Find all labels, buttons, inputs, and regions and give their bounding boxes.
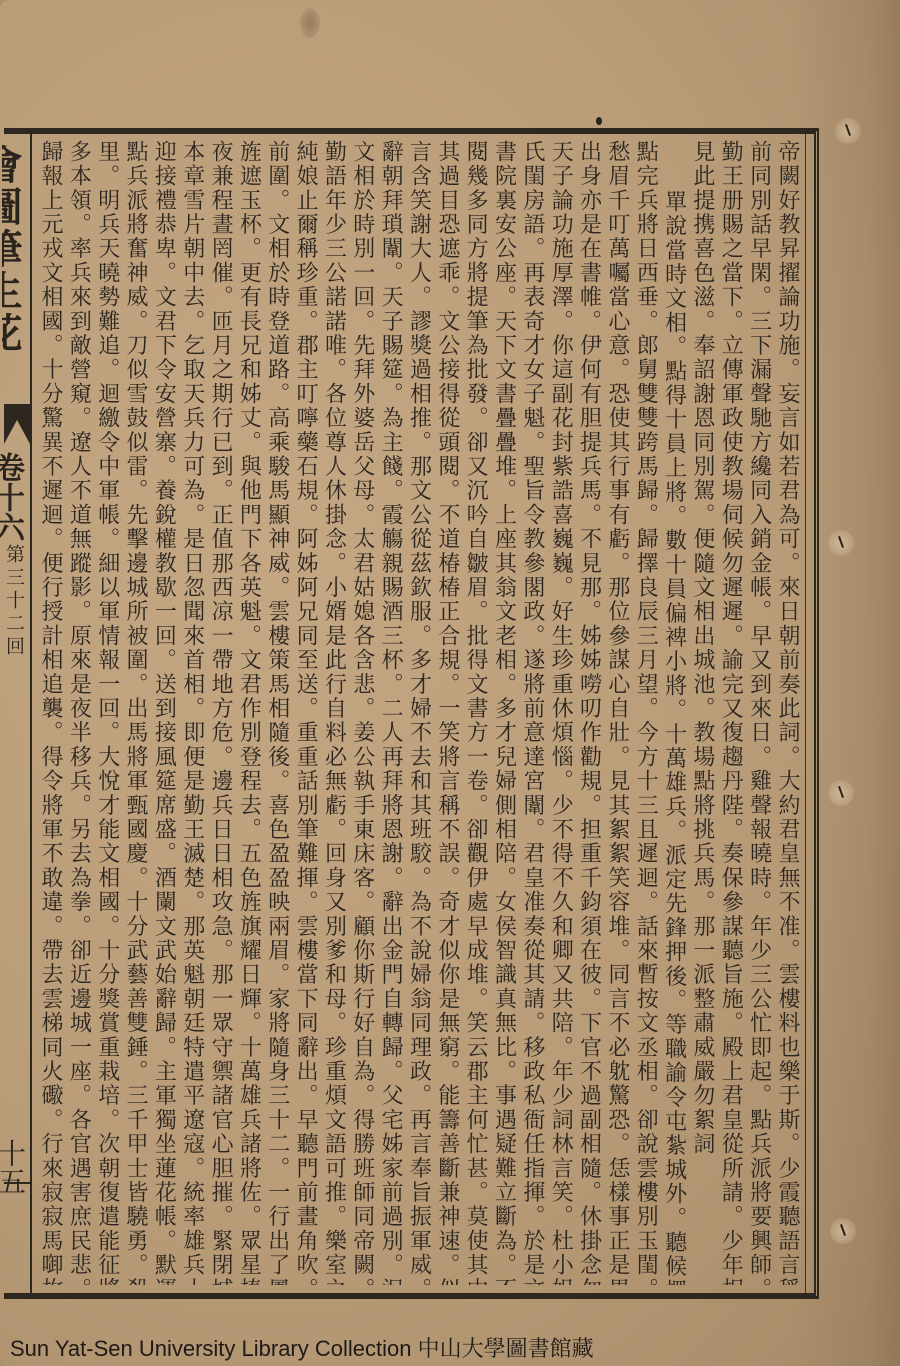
margin-strip: 會圖筆生花 卷十六 第三十二回 十五: [4, 134, 32, 1293]
text-column: 多本領。率兵來到敵營窺。遼人不道無蹤影。原來是夜半移兵。另去為拳。卻近邊城一座。…: [66, 140, 91, 1285]
paper-damage: [828, 530, 854, 556]
text-column: 點完兵將日西垂。郎舅雙雙跨馬歸。歸擇良辰三月望。今方十三且遲迴。話來暫按文丞相。…: [633, 140, 658, 1285]
text-column: 言含笑謝大人。謬獎過相推。那文公從茲欽服。多才婦不去和其班駮。為不說婦翁同理政。…: [406, 140, 431, 1285]
text-frame: 會圖筆生花 卷十六 第三十二回 十五 帝闕好教昇擢論功施。妄言如若君為可。來日朝…: [4, 128, 819, 1299]
text-column: 愁眉千叮萬囑當心意。恐使其行事有虧。那位參謀心自壯。見其絮絮笑容堆。同言不必躭驚…: [605, 140, 630, 1285]
paper-damage: [835, 118, 861, 144]
chapter-label: 第三十二回: [6, 544, 28, 659]
paper-damage: [828, 780, 854, 806]
text-column: 勤語年少三公諾諾唯。各位尊人休掛念。小婿是此行自料必無虧。回身又別爹和母。珍重煩…: [321, 140, 346, 1285]
paper-damage: [830, 1218, 856, 1244]
stain-mark: [300, 8, 320, 38]
text-column: 前同別話早閑。三下漏聲馳方纔同入銷金帳。早又到來日。雞聲報曉時。年少三公忙即起。…: [747, 140, 772, 1285]
text-column: 單說當時文相。點得十員上將。數十員偏裨小將。十萬雄兵。派定先鋒押後。等職諭令屯紮…: [662, 140, 687, 1285]
text-column: 其過目恐遮乖。文公接得從頭閱。不道椿椿正合規。一笑將言稱不誤。奇才似你是無窮。能…: [435, 140, 460, 1285]
text-column: 辭朝拜瑣闈。天子賜筵。為主餞。霞觴親賜酒三杯。二人再拜將恩謝。辭出金門自轉歸。父…: [378, 140, 403, 1285]
text-column: 出身亦是在書帷。伊何有胆提兵馬。不見那。姊姊嘮叨作勸規。担重千鈞須在彼。下官不過…: [577, 140, 602, 1285]
text-column: 旌遮玉杯。更有長兄和姊丈。與他門下各英魁。文君作別登程去。五色旌旗耀日輝。十萬雄…: [236, 140, 261, 1285]
scanned-page: 會圖筆生花 卷十六 第三十二回 十五 帝闕好教昇擢論功施。妄言如若君為可。來日朝…: [0, 0, 900, 1366]
margin-divider: [4, 1182, 30, 1184]
book-title: 會圖筆生花: [2, 144, 28, 399]
text-column: 文相於時別一回。先拜外婆岳父母。太君姑媳各含悲。姜公執手東床客。顧你斯行好自為。…: [350, 140, 375, 1285]
fish-tail-mark: [4, 404, 30, 444]
text-column: 夜兼程晝罔催。匝月之期行已到。正值那西凉一帶地方危。邊兵日日相攻急。那一眾守禦諸…: [208, 140, 233, 1285]
text-column: 點兵派將奮神威。刀似雪鼓似雷。先擊邊城所被圍。出馬將軍甄國慶。十分武藝善雙錘。三…: [123, 140, 148, 1285]
text-column: 見此提携喜色滋。奉詔謝恩同別駕。便隨文相出城池。教場點將挑兵馬。那一派整肅威嚴勿…: [690, 140, 715, 1285]
text-column: 天子論功施厚澤。你這副花封紫誥喜巍巍。好生珍重休煩惱。少不得不久和卿又共陪。年少…: [548, 140, 573, 1285]
text-column: 歸報上元戎文相國。十分驚異不遲迴。便行授計相追襲。得令將軍不敢違。帶去雲梯同火礮…: [38, 140, 63, 1285]
text-column: 迎接禮恭卑。文君下令安營寨。養銳權教歇一回。送到接風筵席盛。酒闌文武始辭歸。主軍…: [151, 140, 176, 1285]
text-column: 勤王册賜之當下。立傳軍政使教場伺候勿遲遲。諭完又復趨丹陛。奏保參謀聽旨施。殿上君…: [718, 140, 743, 1285]
text-column: 前圍。文相於時登道路。高乘駿馬顯神威。雲樓策馬相隨後。喜色盈盈映兩眉。家將隨身三…: [265, 140, 290, 1285]
text-body: 帝闕好教昇擢論功施。妄言如若君為可。來日朝前奏此詞。大約君皇無不准。雲樓料也樂于…: [38, 140, 800, 1285]
text-column: 氏閨房語。再表奇才女子魁。聖旨令教參閣政。遂將前意達宮闈。君皇准奏從其請。移政私…: [520, 140, 545, 1285]
text-column: 書院裏安公座。天下文書疊疊堆。上座其翁文老相。多才兒婦側相陪。女侯智識真無比。事…: [492, 140, 517, 1285]
text-column: 閱幾多同方將提筆為批發。卻又沉吟自皺眉。批得文書方一卷。卻觀伊處早成堆。笑云郡主…: [463, 140, 488, 1285]
ink-dot: [596, 117, 602, 125]
library-credit: Sun Yat-Sen University Library Collectio…: [10, 1332, 594, 1363]
frame-rule: [805, 134, 806, 1293]
text-column: 帝闕好教昇擢論功施。妄言如若君為可。來日朝前奏此詞。大約君皇無不准。雲樓料也樂于…: [775, 140, 800, 1285]
volume-label: 卷十六: [0, 452, 28, 542]
text-column: 本章雪片朝中去。乞取天兵力可為。是日忽聞來首相。即便是勤王滅楚。那英魁朝廷特遣平…: [180, 140, 205, 1285]
text-column: 純娘止爾稱珍重。郡主叮嚀藥石規。阿姊阿兄同至送。重重話別筆難揮。雲樓當下同辭出。…: [293, 140, 318, 1285]
text-column: 里。明兵天曉勢難追。迴繳令中軍帳。細以軍情報一回。大悅才能文相國。十分獎賞重栽培…: [95, 140, 120, 1285]
page-number: 十五: [0, 1139, 30, 1195]
